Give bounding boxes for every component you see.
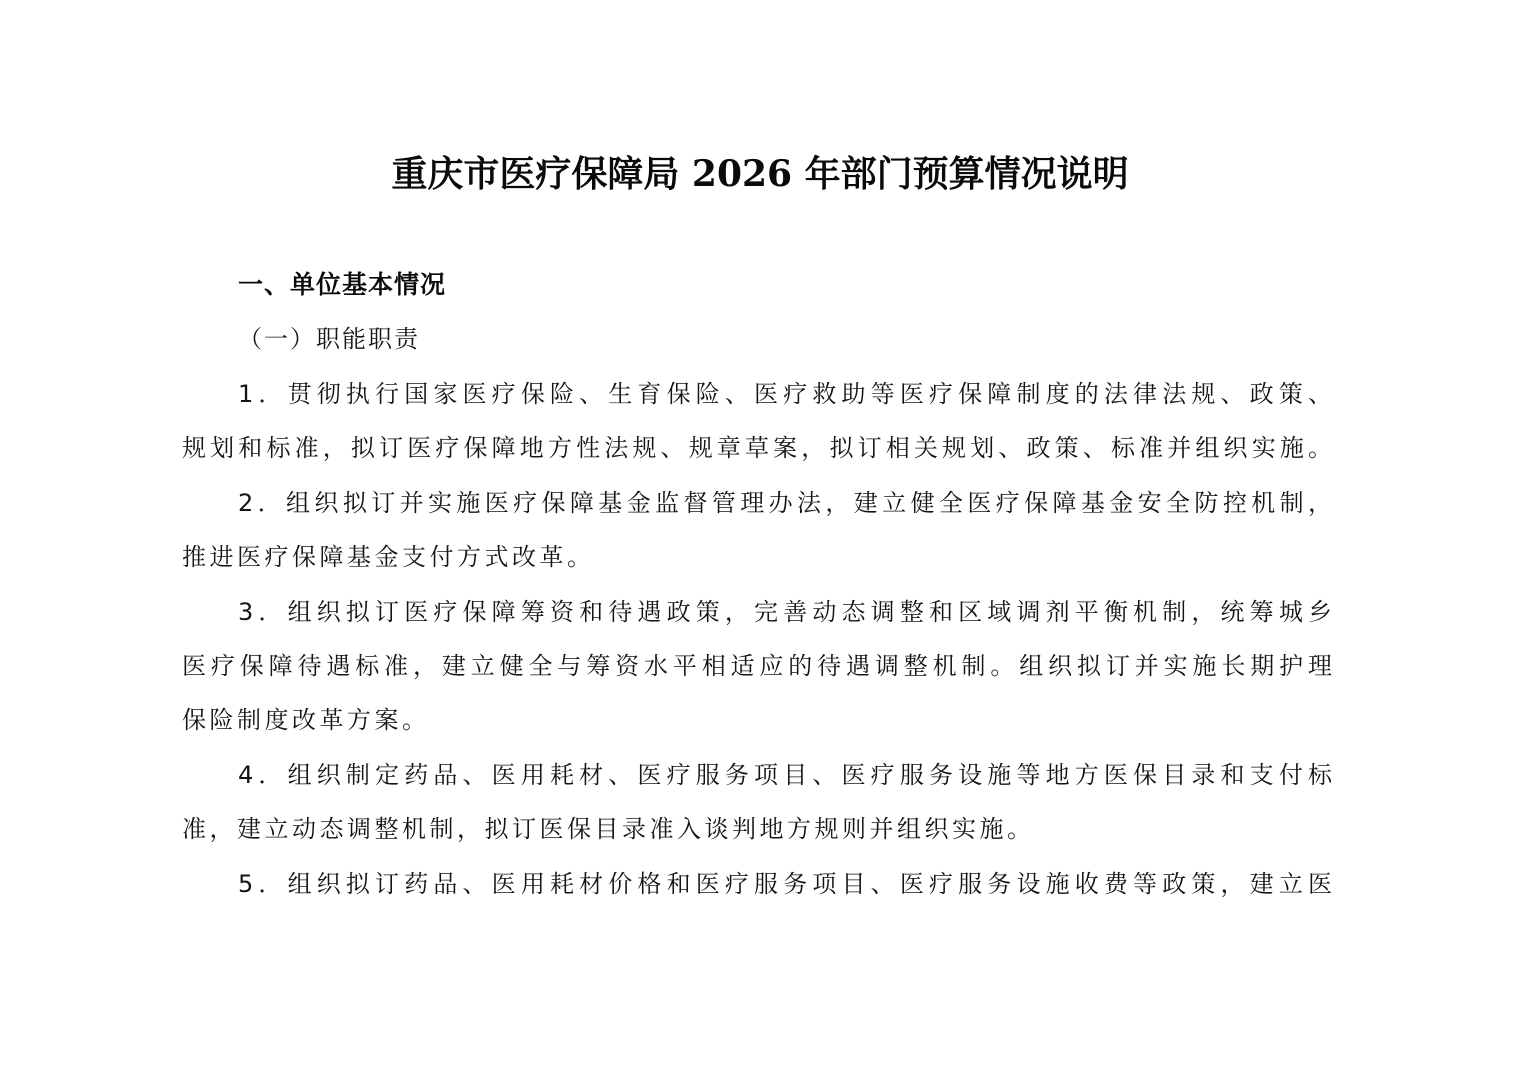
paragraph-4-line-2: 准，建立动态调整机制，拟订医保目录准入谈判地方规则并组织实施。 — [182, 811, 1332, 847]
paragraph-2-line-2: 推进医疗保障基金支付方式改革。 — [182, 539, 1332, 575]
document-title: 重庆市医疗保障局 2026 年部门预算情况说明 — [0, 148, 1520, 200]
paragraph-2-line-1: 2．组织拟订并实施医疗保障基金监督管理办法，建立健全医疗保障基金安全防控机制， — [238, 485, 1332, 521]
paragraph-4-line-1: 4．组织制定药品、医用耗材、医疗服务项目、医疗服务设施等地方医保目录和支付标 — [238, 757, 1332, 793]
subsection-heading-functions: （一）职能职责 — [238, 321, 420, 357]
paragraph-1-line-2: 规划和标准，拟订医疗保障地方性法规、规章草案，拟订相关规划、政策、标准并组织实施… — [182, 430, 1332, 466]
paragraph-3-line-3: 保险制度改革方案。 — [182, 702, 1332, 738]
paragraph-5-line-1: 5．组织拟订药品、医用耗材价格和医疗服务项目、医疗服务设施收费等政策，建立医 — [238, 866, 1332, 902]
section-heading-unit-basic-info: 一、单位基本情况 — [238, 267, 446, 303]
paragraph-1-line-1: 1．贯彻执行国家医疗保险、生育保险、医疗救助等医疗保障制度的法律法规、政策、 — [238, 376, 1332, 412]
document-page: 重庆市医疗保障局 2026 年部门预算情况说明 一、单位基本情况 （一）职能职责… — [0, 0, 1520, 1074]
paragraph-3-line-1: 3．组织拟订医疗保障筹资和待遇政策，完善动态调整和区域调剂平衡机制，统筹城乡 — [238, 594, 1332, 630]
paragraph-3-line-2: 医疗保障待遇标准，建立健全与筹资水平相适应的待遇调整机制。组织拟订并实施长期护理 — [182, 648, 1332, 684]
